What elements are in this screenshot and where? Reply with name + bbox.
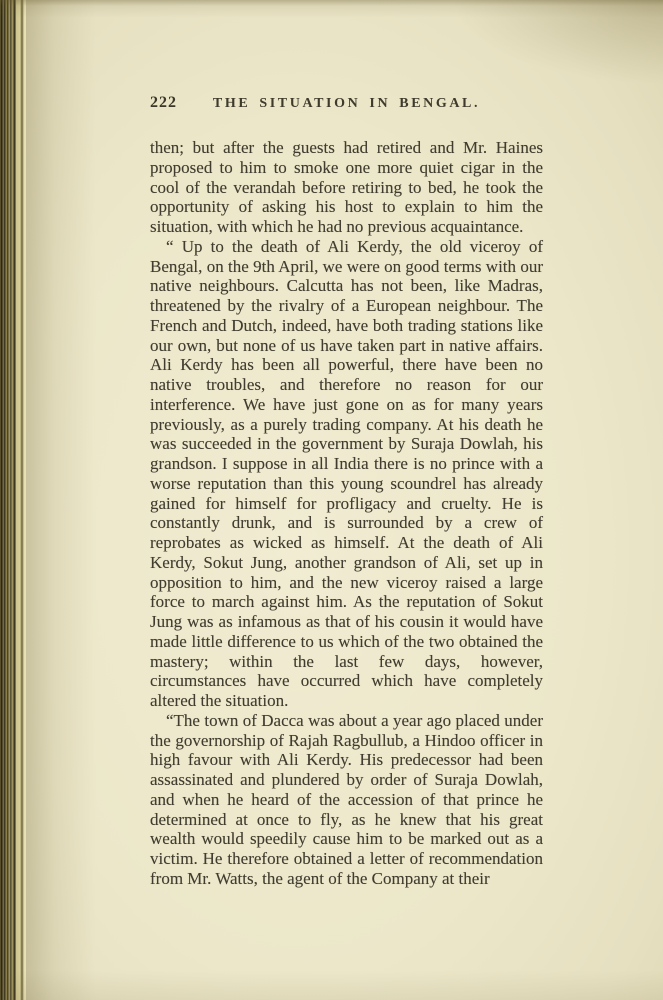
binding-shadow	[26, 0, 96, 1000]
page-surface: 222 THE SITUATION IN BENGAL. then; but a…	[150, 94, 543, 889]
book-binding-edge	[0, 0, 26, 1000]
paragraph: “The town of Dacca was about a year ago …	[150, 711, 543, 889]
paragraph: “ Up to the death of Ali Kerdy, the old …	[150, 237, 543, 711]
scanned-book-page: 222 THE SITUATION IN BENGAL. then; but a…	[0, 0, 663, 1000]
paragraph: then; but after the guests had retired a…	[150, 138, 543, 237]
body-text: then; but after the guests had retired a…	[150, 138, 543, 889]
page-header: 222 THE SITUATION IN BENGAL.	[150, 94, 543, 118]
running-title: THE SITUATION IN BENGAL.	[150, 94, 543, 112]
page-number: 222	[150, 94, 177, 112]
